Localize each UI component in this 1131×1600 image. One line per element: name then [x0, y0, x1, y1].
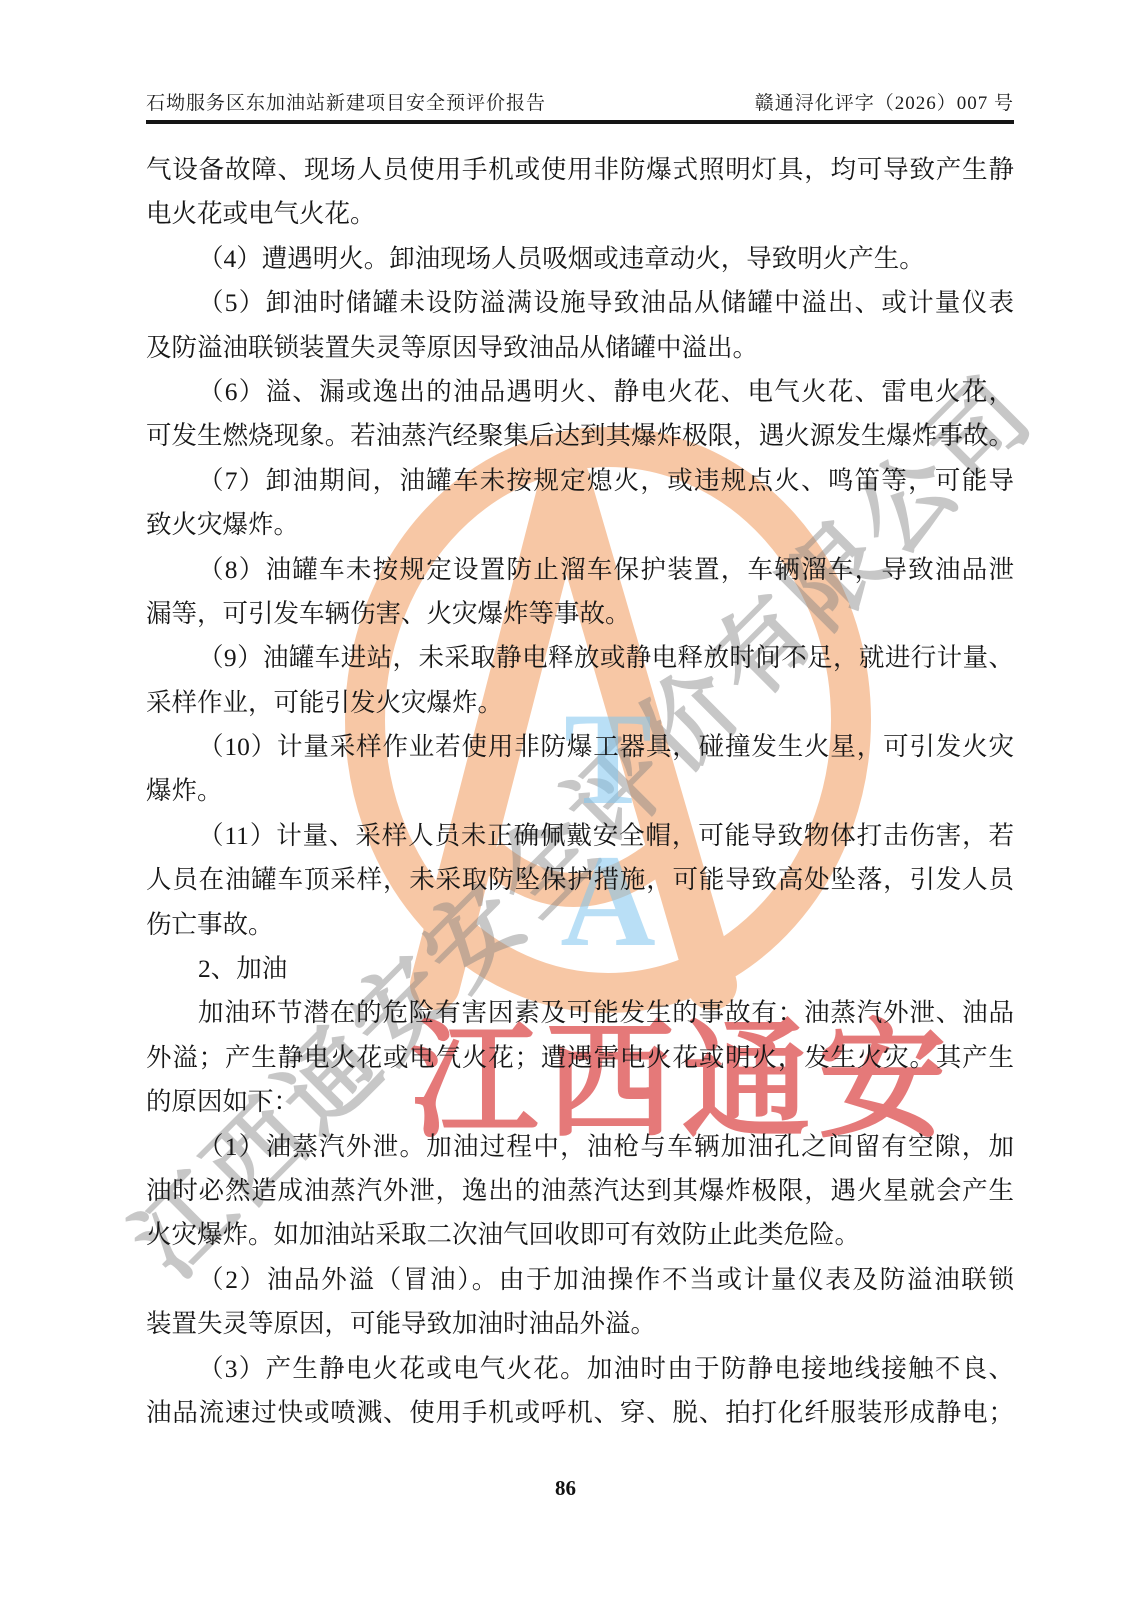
header-rule [146, 120, 1014, 124]
text-line: （6）溢、漏或逸出的油品遇明火、静电火花、电气火花、雷电火花， [146, 370, 1014, 414]
text-line: 油时必然造成油蒸汽外泄，逸出的油蒸汽达到其爆炸极限，遇火星就会产生 [146, 1169, 1014, 1213]
body-text: 气设备故障、现场人员使用手机或使用非防爆式照明灯具，均可导致产生静电火花或电气火… [146, 148, 1014, 1435]
text-line: 2、加油 [146, 947, 1014, 991]
text-line: （4）遭遇明火。卸油现场人员吸烟或违章动火，导致明火产生。 [146, 237, 1014, 281]
text-line: 人员在油罐车顶采样，未采取防坠保护措施，可能导致高处坠落，引发人员 [146, 858, 1014, 902]
header-report-title: 石坳服务区东加油站新建项目安全预评价报告 [146, 88, 546, 115]
text-line: 电火花或电气火花。 [146, 192, 1014, 236]
text-line: 的原因如下： [146, 1080, 1014, 1124]
text-line: 采样作业，可能引发火灾爆炸。 [146, 681, 1014, 725]
page-header: 石坳服务区东加油站新建项目安全预评价报告 赣通浔化评字（2026）007 号 [146, 88, 1014, 115]
text-line: 及防溢油联锁装置失灵等原因导致油品从储罐中溢出。 [146, 326, 1014, 370]
text-line: （8）油罐车未按规定设置防止溜车保护装置，车辆溜车，导致油品泄 [146, 548, 1014, 592]
text-line: （2）油品外溢（冒油）。由于加油操作不当或计量仪表及防溢油联锁 [146, 1258, 1014, 1302]
text-line: 装置失灵等原因，可能导致加油时油品外溢。 [146, 1302, 1014, 1346]
text-line: （7）卸油期间，油罐车未按规定熄火，或违规点火、鸣笛等，可能导 [146, 459, 1014, 503]
text-line: 油品流速过快或喷溅、使用手机或呼机、穿、脱、拍打化纤服装形成静电； [146, 1391, 1014, 1435]
text-line: 伤亡事故。 [146, 903, 1014, 947]
text-line: （5）卸油时储罐未设防溢满设施导致油品从储罐中溢出、或计量仪表 [146, 281, 1014, 325]
page-number: 86 [0, 1476, 1131, 1501]
text-line: 爆炸。 [146, 769, 1014, 813]
text-line: （11）计量、采样人员未正确佩戴安全帽，可能导致物体打击伤害，若 [146, 814, 1014, 858]
text-line: 加油环节潜在的危险有害因素及可能发生的事故有：油蒸汽外泄、油品 [146, 991, 1014, 1035]
header-document-number: 赣通浔化评字（2026）007 号 [755, 88, 1014, 115]
text-line: （1）油蒸汽外泄。加油过程中，油枪与车辆加油孔之间留有空隙，加 [146, 1125, 1014, 1169]
text-line: （9）油罐车进站，未采取静电释放或静电释放时间不足，就进行计量、 [146, 636, 1014, 680]
text-line: （10）计量采样作业若使用非防爆工器具，碰撞发生火星，可引发火灾 [146, 725, 1014, 769]
text-line: 可发生燃烧现象。若油蒸汽经聚集后达到其爆炸极限，遇火源发生爆炸事故。 [146, 414, 1014, 458]
document-page: 江西通安安全评价有限公司 T A 江西通安 石坳服务区东加油站新建项目安全预评价… [0, 0, 1131, 1600]
text-line: 外溢；产生静电火花或电气火花；遭遇雷电火花或明火，发生火灾。其产生 [146, 1036, 1014, 1080]
text-line: 漏等，可引发车辆伤害、火灾爆炸等事故。 [146, 592, 1014, 636]
text-line: 致火灾爆炸。 [146, 503, 1014, 547]
text-line: 气设备故障、现场人员使用手机或使用非防爆式照明灯具，均可导致产生静 [146, 148, 1014, 192]
text-line: 火灾爆炸。如加油站采取二次油气回收即可有效防止此类危险。 [146, 1213, 1014, 1257]
text-line: （3）产生静电火花或电气火花。加油时由于防静电接地线接触不良、 [146, 1347, 1014, 1391]
